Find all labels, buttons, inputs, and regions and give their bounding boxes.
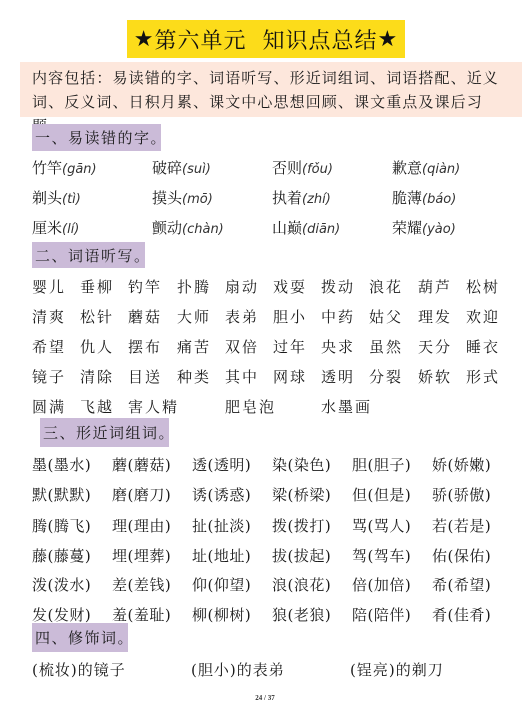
dictation-word: 虽然 [369,336,403,357]
dictation-word: 过年 [273,336,307,357]
star-icon: ★ [134,27,155,52]
similar-word-item: 蘑(蘑菇) [112,454,171,475]
vocab-word: 山巅 [272,219,302,237]
section-heading-1: 一、易读错的字。 [32,124,161,151]
vocab-word: 破碎 [152,159,182,177]
dictation-word: 清爽 [32,306,66,327]
dictation-word: 睡衣 [466,336,500,357]
vocab-item: 摸头(mō) [152,187,213,208]
similar-word-item: 胆(胆子) [352,454,411,475]
title-unit: 第六单元 [154,24,246,55]
vocab-pinyin: (fǒu) [302,162,333,177]
dictation-word: 飞越 [80,396,114,417]
vocab-pinyin: (lí) [62,222,79,237]
dictation-word: 拨动 [321,276,355,297]
dictation-word: 钓竿 [128,276,162,297]
vocab-pinyin: (tì) [62,192,81,207]
dictation-word: 蘑菇 [128,306,162,327]
dictation-word: 其中 [225,366,259,387]
similar-word-item: 默(默默) [32,484,91,505]
vocab-word: 执着 [272,189,302,207]
similar-word-item: 倍(加倍) [352,574,411,595]
similar-word-item: 羞(羞耻) [112,604,171,625]
page-number: 24 / 37 [0,694,530,702]
similar-word-item: 发(发财) [32,604,91,625]
dictation-word: 害人精 [128,396,179,417]
vocab-word: 摸头 [152,189,182,207]
similar-word-item: 拔(拔起) [272,545,331,566]
dictation-word: 形式 [466,366,500,387]
similar-word-item: 址(地址) [192,545,251,566]
similar-word-item: 梁(桥梁) [272,484,331,505]
dictation-word: 浪花 [369,276,403,297]
dictation-word: 分裂 [369,366,403,387]
section-heading-3: 三、形近词组词。 [40,418,169,447]
dictation-word: 理发 [418,306,452,327]
similar-word-item: 柳(柳树) [192,604,251,625]
vocab-word: 厘米 [32,219,62,237]
vocab-item: 剃头(tì) [32,187,81,208]
dictation-word: 姑父 [369,306,403,327]
dictation-word: 央求 [321,336,355,357]
dictation-word: 痛苦 [177,336,211,357]
dictation-word: 扇动 [225,276,259,297]
vocab-item: 否则(fǒu) [272,157,333,178]
dictation-word: 仇人 [80,336,114,357]
similar-word-item: 差(差钱) [112,574,171,595]
intro-box: 内容包括：易读错的字、词语听写、形近词组词、词语搭配、近义词、反义词、日积月累、… [20,62,522,117]
similar-word-item: 陪(陪伴) [352,604,411,625]
similar-word-item: 肴(佳肴) [432,604,491,625]
similar-word-item: 娇(娇嫩) [432,454,491,475]
vocab-pinyin: (mō) [182,192,213,207]
similar-word-item: 但(但是) [352,484,411,505]
vocab-pinyin: (chàn) [182,222,224,237]
dictation-word: 婴儿 [32,276,66,297]
similar-word-item: 腾(腾飞) [32,515,91,536]
dictation-word: 肥皂泡 [225,396,276,417]
similar-word-item: 仰(仰望) [192,574,251,595]
dictation-word: 摆布 [128,336,162,357]
dictation-word: 目送 [128,366,162,387]
dictation-word: 表弟 [225,306,259,327]
vocab-item: 执着(zhí) [272,187,331,208]
vocab-pinyin: (zhí) [302,192,331,207]
dictation-word: 天分 [418,336,452,357]
similar-word-item: 透(透明) [192,454,251,475]
similar-word-item: 诱(诱惑) [192,484,251,505]
vocab-word: 竹竿 [32,159,62,177]
vocab-word: 歉意 [392,159,422,177]
similar-word-item: 染(染色) [272,454,331,475]
similar-word-item: 骂(骂人) [352,515,411,536]
vocab-word: 否则 [272,159,302,177]
vocab-pinyin: (yào) [422,222,456,237]
modifier-item: (胆小)的表弟 [191,659,285,680]
vocab-pinyin: (qiàn) [422,162,460,177]
vocab-pinyin: (báo) [422,192,456,207]
vocab-word: 颤动 [152,219,182,237]
dictation-word: 松树 [466,276,500,297]
vocab-item: 破碎(suì) [152,157,211,178]
vocab-word: 荣耀 [392,219,422,237]
similar-word-item: 骄(骄傲) [432,484,491,505]
vocab-pinyin: (gān) [62,162,97,177]
dictation-word: 镜子 [32,366,66,387]
similar-word-item: 磨(磨刀) [112,484,171,505]
page-title: ★ 第六单元 知识点总结 ★ [127,20,405,58]
modifier-item: (锃亮)的剃刀 [350,659,444,680]
similar-word-item: 佑(保佑) [432,545,491,566]
similar-word-item: 驾(驾车) [352,545,411,566]
dictation-word: 希望 [32,336,66,357]
similar-word-item: 埋(埋葬) [112,545,171,566]
vocab-item: 山巅(diān) [272,217,340,238]
dictation-word: 清除 [80,366,114,387]
similar-word-item: 藤(藤蔓) [32,545,91,566]
dictation-word: 透明 [321,366,355,387]
dictation-word: 葫芦 [418,276,452,297]
similar-word-item: 狼(老狼) [272,604,331,625]
vocab-item: 歉意(qiàn) [392,157,460,178]
similar-word-item: 泼(泼水) [32,574,91,595]
vocab-word: 剃头 [32,189,62,207]
dictation-word: 中药 [321,306,355,327]
star-icon: ★ [378,27,399,52]
section-heading-2: 二、词语听写。 [32,242,145,268]
similar-word-item: 浪(浪花) [272,574,331,595]
vocab-item: 厘米(lí) [32,217,79,238]
vocab-pinyin: (diān) [302,222,340,237]
dictation-word: 双倍 [225,336,259,357]
similar-word-item: 扯(扯淡) [192,515,251,536]
vocab-pinyin: (suì) [182,162,211,177]
vocab-word: 脆薄 [392,189,422,207]
dictation-word: 种类 [177,366,211,387]
dictation-word: 水墨画 [321,396,372,417]
similar-word-item: 拨(拨打) [272,515,331,536]
vocab-item: 脆薄(báo) [392,187,456,208]
modifier-item: (梳妆)的镜子 [32,659,126,680]
dictation-word: 网球 [273,366,307,387]
similar-word-item: 理(理由) [112,515,171,536]
dictation-word: 松针 [80,306,114,327]
section-heading-4: 四、修饰词。 [32,623,128,652]
dictation-word: 胆小 [273,306,307,327]
dictation-word: 垂柳 [80,276,114,297]
similar-word-item: 希(希望) [432,574,491,595]
dictation-word: 圆满 [32,396,66,417]
dictation-word: 欢迎 [466,306,500,327]
dictation-word: 扑腾 [177,276,211,297]
dictation-word: 娇软 [418,366,452,387]
vocab-item: 颤动(chàn) [152,217,224,238]
vocab-item: 竹竿(gān) [32,157,97,178]
dictation-word: 戏耍 [273,276,307,297]
dictation-word: 大师 [177,306,211,327]
vocab-item: 荣耀(yào) [392,217,456,238]
title-summary: 知识点总结 [263,24,378,55]
similar-word-item: 若(若是) [432,515,491,536]
similar-word-item: 墨(墨水) [32,454,91,475]
